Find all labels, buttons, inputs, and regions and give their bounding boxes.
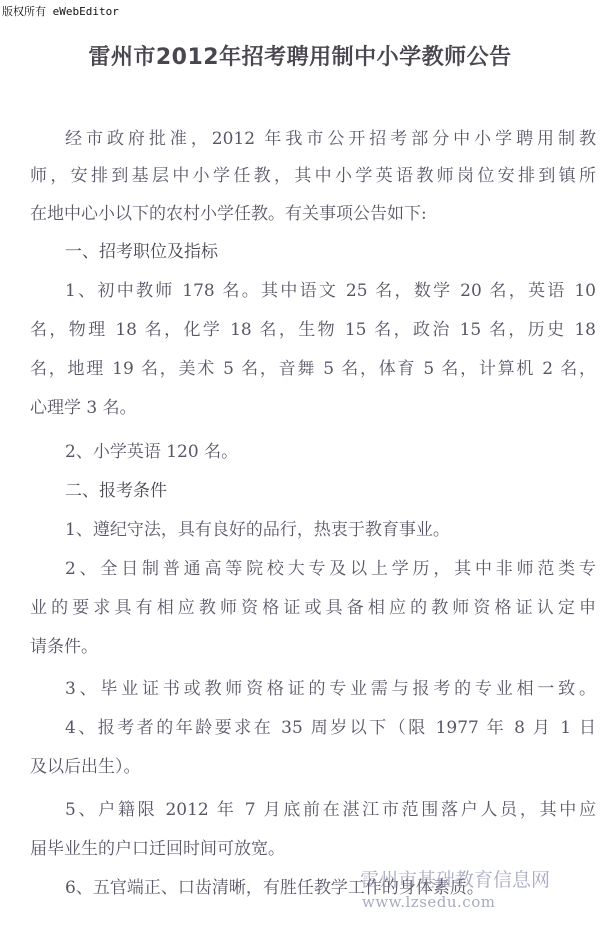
section1-item2: 2、小学英语 120 名。	[65, 442, 596, 462]
intro-line-2: 师，安排到基层中小学任教，其中小学英语教师岗位安排到镇所	[30, 166, 596, 186]
section1-item1-line2: 名，物理 18 名，化学 18 名，生物 15 名，政治 15 名，历史 18	[30, 320, 596, 340]
section2-heading: 二、报考条件	[65, 481, 596, 501]
section2-item1: 1、遵纪守法，具有良好的品行，热衷于教育事业。	[65, 520, 596, 540]
section1-item1-line1: 1、初中教师 178 名。其中语文 25 名，数学 20 名，英语 10	[65, 281, 596, 301]
copyright-notice: 版权所有 eWebEditor	[2, 3, 119, 19]
section2-item2-line2: 业的要求具有相应教师资格证或具备相应的教师资格证认定申	[30, 598, 596, 618]
section2-item5-line1: 5、户籍限 2012 年 7 月底前在湛江市范围落户人员，其中应	[65, 800, 596, 820]
section1-item1-line4: 心理学 3 名。	[30, 398, 596, 418]
section2-item4-line1: 4、报考者的年龄要求在 35 周岁以下（限 1977 年 8 月 1 日	[65, 718, 596, 738]
section2-item5-line2: 届毕业生的户口迁回时间可放宽。	[30, 839, 596, 859]
watermark-url: www.lzsedu.com	[362, 893, 495, 911]
section2-item2-line3: 请条件。	[30, 637, 596, 657]
section2-item2-line1: 2、全日制普通高等院校大专及以上学历，其中非师范类专	[65, 559, 596, 579]
section2-item3: 3、毕业证书或教师资格证的专业需与报考的专业相一致。	[65, 679, 596, 699]
section2-item4-line2: 及以后出生）。	[30, 757, 596, 777]
document-title: 雷州市2012年招考聘用制中小学教师公告	[0, 40, 600, 71]
intro-line-1: 经市政府批准，2012 年我市公开招考部分中小学聘用制教	[65, 129, 596, 149]
watermark-site-name: 雷州市基础教育信息网	[360, 865, 550, 892]
intro-line-3: 在地中心小以下的农村小学任教。有关事项公告如下:	[30, 204, 596, 224]
section1-heading: 一、招考职位及指标	[65, 242, 596, 262]
section1-item1-line3: 名，地理 19 名，美术 5 名，音舞 5 名，体育 5 名，计算机 2 名，	[30, 359, 596, 379]
